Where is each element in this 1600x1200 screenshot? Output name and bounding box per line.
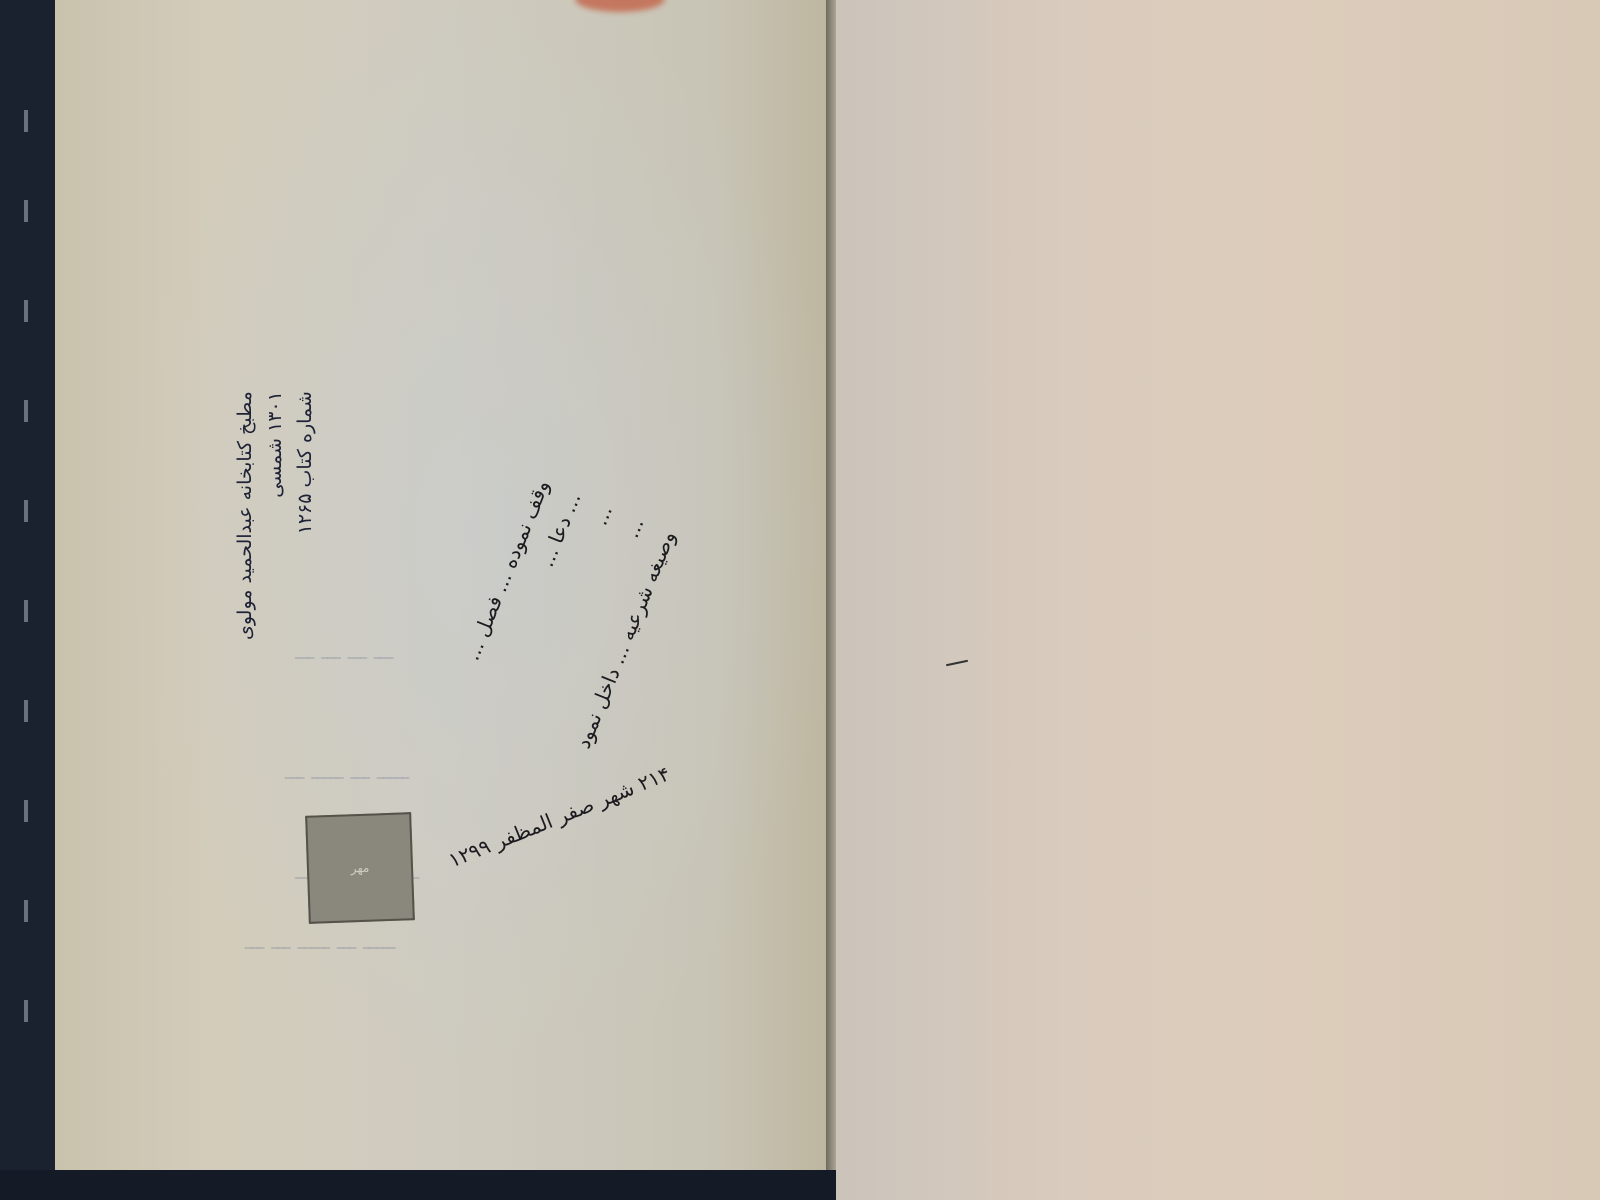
bleed-through-text: ـــــ ـــ ـــــ ـــ xyxy=(285,760,409,785)
stitch-mark xyxy=(24,700,28,722)
background-cloth-bottom xyxy=(0,1170,836,1200)
bleed-through-text: ـــــ ـــ ـــــ ـــ ـــ xyxy=(245,930,395,955)
library-book-number: شماره کتاب ۱۲۶۵ xyxy=(290,391,320,640)
stitch-mark xyxy=(24,500,28,522)
library-name: مطبخ کتابخانه عبدالحمید مولوی xyxy=(230,391,260,640)
stitch-mark xyxy=(24,200,28,222)
right-page xyxy=(836,0,1600,1200)
seal-text: مهر xyxy=(350,861,369,876)
stitch-mark xyxy=(24,800,28,822)
stitch-mark xyxy=(24,110,28,132)
seal-impression: مهر xyxy=(305,812,415,924)
stitch-mark xyxy=(24,1000,28,1022)
stitch-mark xyxy=(24,300,28,322)
library-year: ۱۳۰۱ شمسی xyxy=(260,391,290,640)
bleed-through-text: ـــ ـــ ـــ ـــ xyxy=(295,640,393,665)
stitch-mark xyxy=(24,900,28,922)
stitch-mark xyxy=(24,400,28,422)
left-page: ـــ ـــ ـــ ـــ ـــــ ـــ ـــــ ـــ ـــ … xyxy=(55,0,833,1185)
library-shelfmark: مطبخ کتابخانه عبدالحمید مولوی ۱۳۰۱ شمسی … xyxy=(230,391,320,640)
stitch-mark xyxy=(24,600,28,622)
